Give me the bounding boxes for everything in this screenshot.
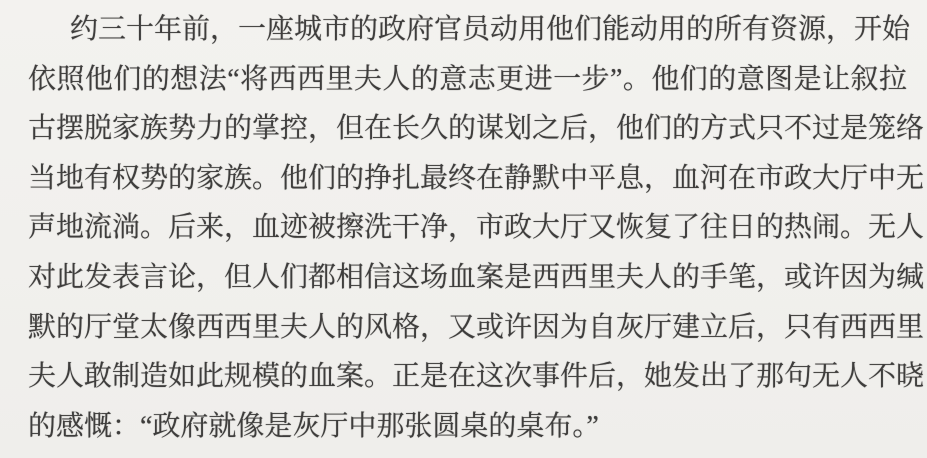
text-line-8: 夫人敢制造如此规模的血案。正是在这次事件后，她发出了那句无人不晓 [28, 352, 907, 402]
scanned-page: 约三十年前，一座城市的政府官员动用他们能动用的所有资源，开始 依照他们的想法“将… [0, 0, 927, 458]
text-line-2: 依照他们的想法“将西西里夫人的意志更进一步”。他们的意图是让叙拉 [28, 55, 907, 105]
text-line-1: 约三十年前，一座城市的政府官员动用他们能动用的所有资源，开始 [28, 5, 907, 55]
text-line-9: 的感慨：“政府就像是灰厅中那张圆桌的桌布。” [28, 402, 907, 452]
text-line-3: 古摆脱家族势力的掌控，但在长久的谋划之后，他们的方式只不过是笼络 [28, 104, 907, 154]
text-line-7: 默的厅堂太像西西里夫人的风格，又或许因为自灰厅建立后，只有西西里 [28, 303, 907, 353]
text-line-4: 当地有权势的家族。他们的挣扎最终在静默中平息，血河在市政大厅中无 [28, 154, 907, 204]
text-line-6: 对此发表言论，但人们都相信这场血案是西西里夫人的手笔，或许因为缄 [28, 253, 907, 303]
paragraph-block: 约三十年前，一座城市的政府官员动用他们能动用的所有资源，开始 依照他们的想法“将… [28, 5, 907, 451]
text-line-5: 声地流淌。后来，血迹被擦洗干净，市政大厅又恢复了往日的热闹。无人 [28, 203, 907, 253]
